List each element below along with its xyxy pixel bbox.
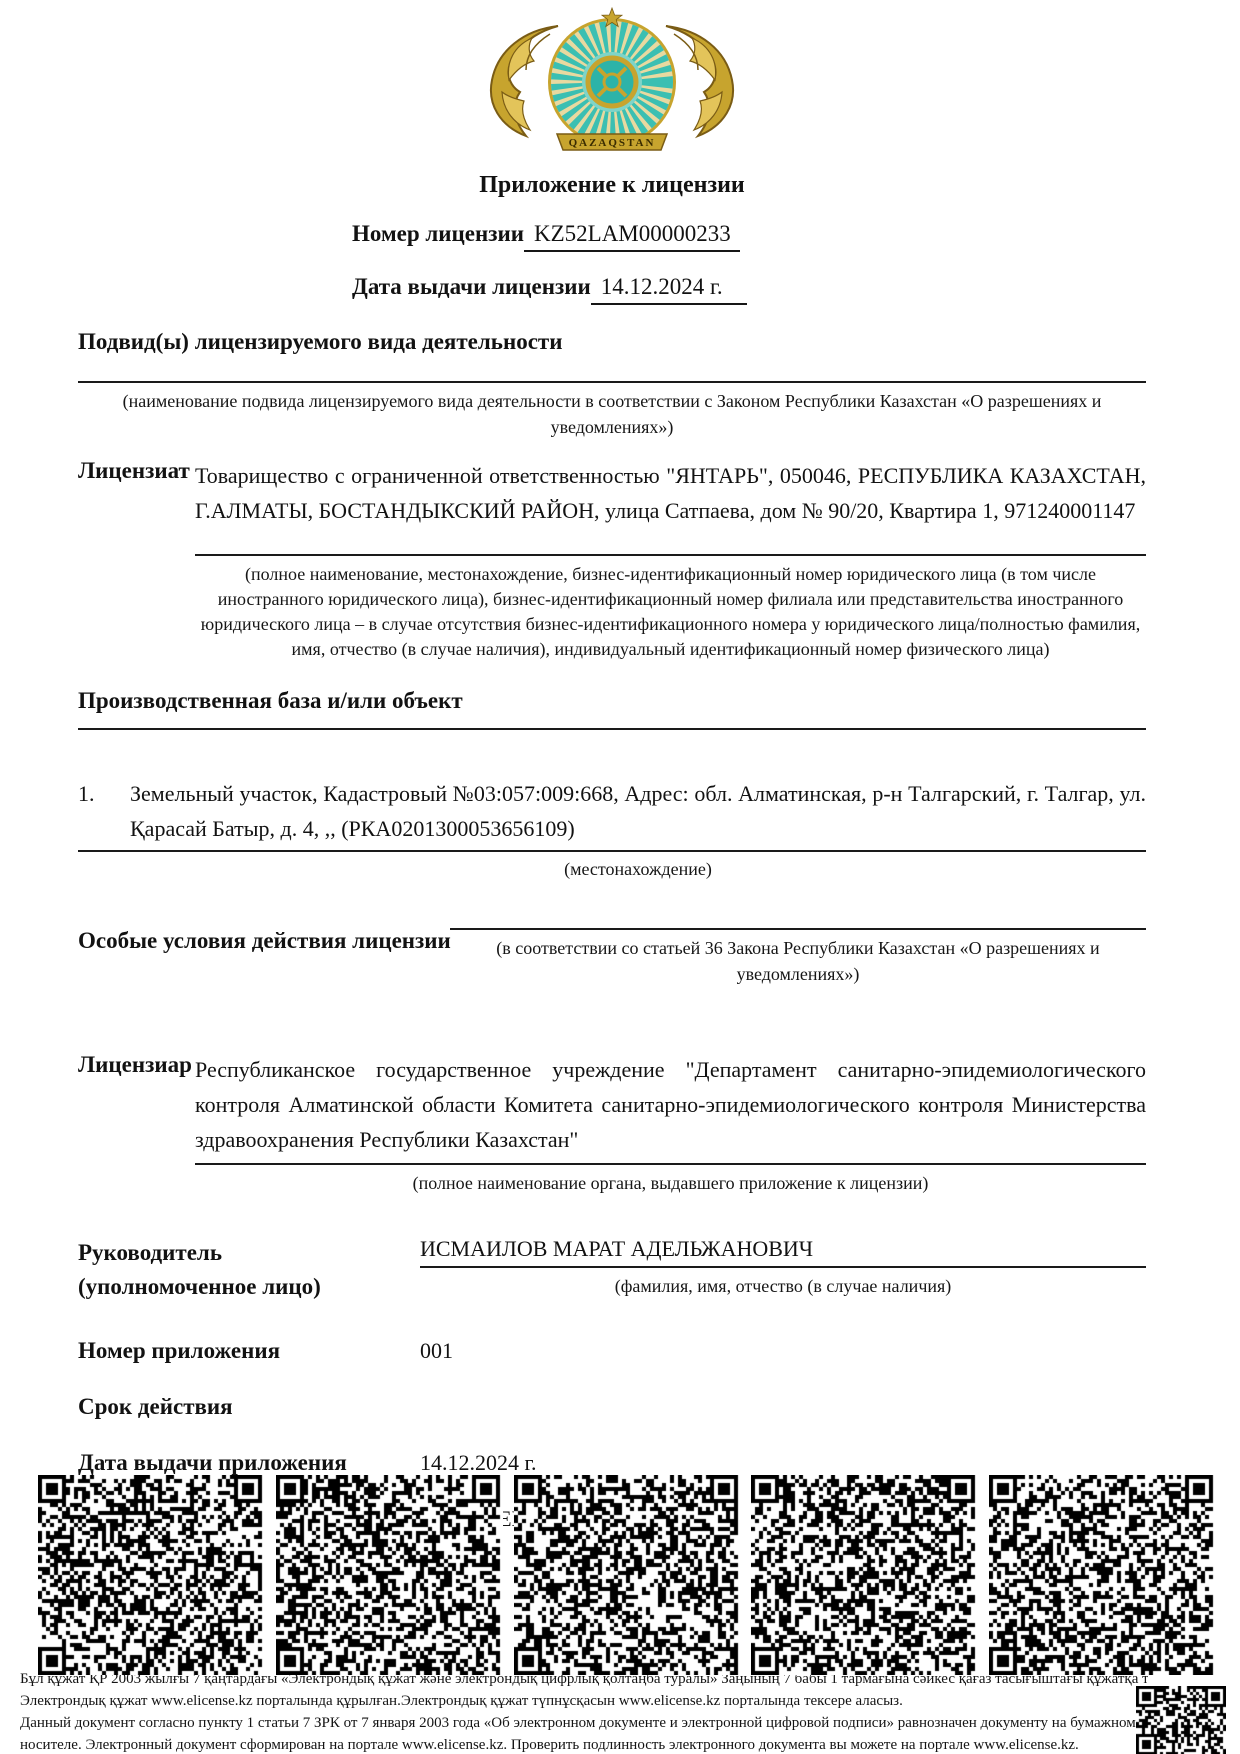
licensee-body: Товарищество с ограниченной ответственно… bbox=[195, 458, 1146, 662]
production-caption: (местонахождение) bbox=[130, 852, 1146, 882]
head-label: Руководитель (уполномоченное лицо) bbox=[78, 1236, 420, 1304]
licensee-value: Товарищество с ограниченной ответственно… bbox=[195, 458, 1146, 528]
production-heading: Производственная база и/или объект bbox=[78, 688, 1146, 714]
footer-line-kk-2: Электрондық құжат www.elicense.kz портал… bbox=[20, 1690, 1148, 1712]
head-label-line1: Руководитель bbox=[78, 1236, 420, 1270]
document-content: QAZAQSTAN Приложение к лицензии Номер ли… bbox=[0, 0, 1240, 1532]
appendix-date-label: Дата выдачи приложения bbox=[78, 1450, 420, 1476]
field-row-appendix-date: Дата выдачи приложения 14.12.2024 г. bbox=[78, 1450, 1146, 1476]
field-row-appendix-number: Номер приложения 001 bbox=[78, 1338, 1146, 1364]
qr-code bbox=[989, 1475, 1216, 1675]
licensor-value: Республиканское государственное учрежден… bbox=[195, 1052, 1146, 1157]
head-name-value: ИСМАИЛОВ МАРАТ АДЕЛЬЖАНОВИЧ bbox=[420, 1236, 1146, 1266]
kazakhstan-emblem: QAZAQSTAN bbox=[78, 4, 1146, 156]
head-block: Руководитель (уполномоченное лицо) ИСМАИ… bbox=[78, 1236, 1146, 1304]
licensor-block: Лицензиар Республиканское государственно… bbox=[78, 1052, 1146, 1196]
head-body: ИСМАИЛОВ МАРАТ АДЕЛЬЖАНОВИЧ (фамилия, им… bbox=[420, 1236, 1146, 1304]
special-conditions-block: Особые условия действия лицензии (в соот… bbox=[78, 928, 1146, 1020]
licensee-caption: (полное наименование, местонахождение, б… bbox=[195, 556, 1146, 662]
license-number-row: Номер лицензии KZ52LAM00000233 bbox=[352, 221, 1146, 252]
production-item-text: Земельный участок, Кадастровый №03:057:0… bbox=[130, 776, 1146, 846]
licensor-body: Республиканское государственное учрежден… bbox=[195, 1052, 1146, 1196]
qr-code bbox=[38, 1475, 265, 1675]
license-number-value: KZ52LAM00000233 bbox=[524, 221, 740, 252]
production-item-number: 1. bbox=[78, 776, 130, 846]
footer-legal-text: Бұл құжат ҚР 2003 жылғы 7 қаңтардағы «Эл… bbox=[20, 1668, 1148, 1754]
license-date-row: Дата выдачи лицензии 14.12.2024 г. bbox=[352, 274, 1146, 305]
appendix-number-value: 001 bbox=[420, 1338, 453, 1364]
field-row-validity: Срок действия bbox=[78, 1394, 1146, 1420]
emblem-banner-text: QAZAQSTAN bbox=[569, 137, 656, 149]
special-conditions-caption: (в соответствии со статьей 36 Закона Рес… bbox=[450, 928, 1146, 987]
licensor-label: Лицензиар bbox=[78, 1052, 195, 1196]
qr-code-strip bbox=[38, 1475, 1216, 1675]
head-label-line2: (уполномоченное лицо) bbox=[78, 1270, 420, 1304]
qr-code bbox=[276, 1475, 503, 1675]
page-title: Приложение к лицензии bbox=[78, 172, 1146, 199]
appendix-date-value: 14.12.2024 г. bbox=[420, 1450, 537, 1476]
production-rule bbox=[78, 728, 1146, 730]
production-item: 1. Земельный участок, Кадастровый №03:05… bbox=[78, 776, 1146, 852]
kazakhstan-emblem-icon: QAZAQSTAN bbox=[462, 4, 762, 156]
licensee-label: Лицензиат bbox=[78, 458, 195, 662]
license-date-value: 14.12.2024 г. bbox=[591, 274, 747, 305]
license-date-label: Дата выдачи лицензии bbox=[352, 274, 591, 300]
head-caption: (фамилия, имя, отчество (в случае наличи… bbox=[420, 1268, 1146, 1299]
footer-line-ru: Данный документ согласно пункту 1 статьи… bbox=[20, 1712, 1148, 1754]
corner-qr bbox=[1136, 1686, 1226, 1754]
qr-code bbox=[751, 1475, 978, 1675]
qr-code bbox=[1136, 1686, 1226, 1754]
appendix-number-label: Номер приложения bbox=[78, 1338, 420, 1364]
qr-code bbox=[514, 1475, 741, 1675]
license-attachment-page: QAZAQSTAN Приложение к лицензии Номер ли… bbox=[0, 0, 1240, 1754]
subtype-caption: (наименование подвида лицензируемого вид… bbox=[78, 381, 1146, 440]
special-conditions-heading: Особые условия действия лицензии bbox=[78, 928, 451, 954]
validity-label: Срок действия bbox=[78, 1394, 420, 1420]
licensor-caption: (полное наименование органа, выдавшего п… bbox=[195, 1165, 1146, 1196]
subtype-heading: Подвид(ы) лицензируемого вида деятельнос… bbox=[78, 329, 1146, 355]
licensee-block: Лицензиат Товарищество с ограниченной от… bbox=[78, 458, 1146, 662]
license-number-label: Номер лицензии bbox=[352, 221, 524, 247]
